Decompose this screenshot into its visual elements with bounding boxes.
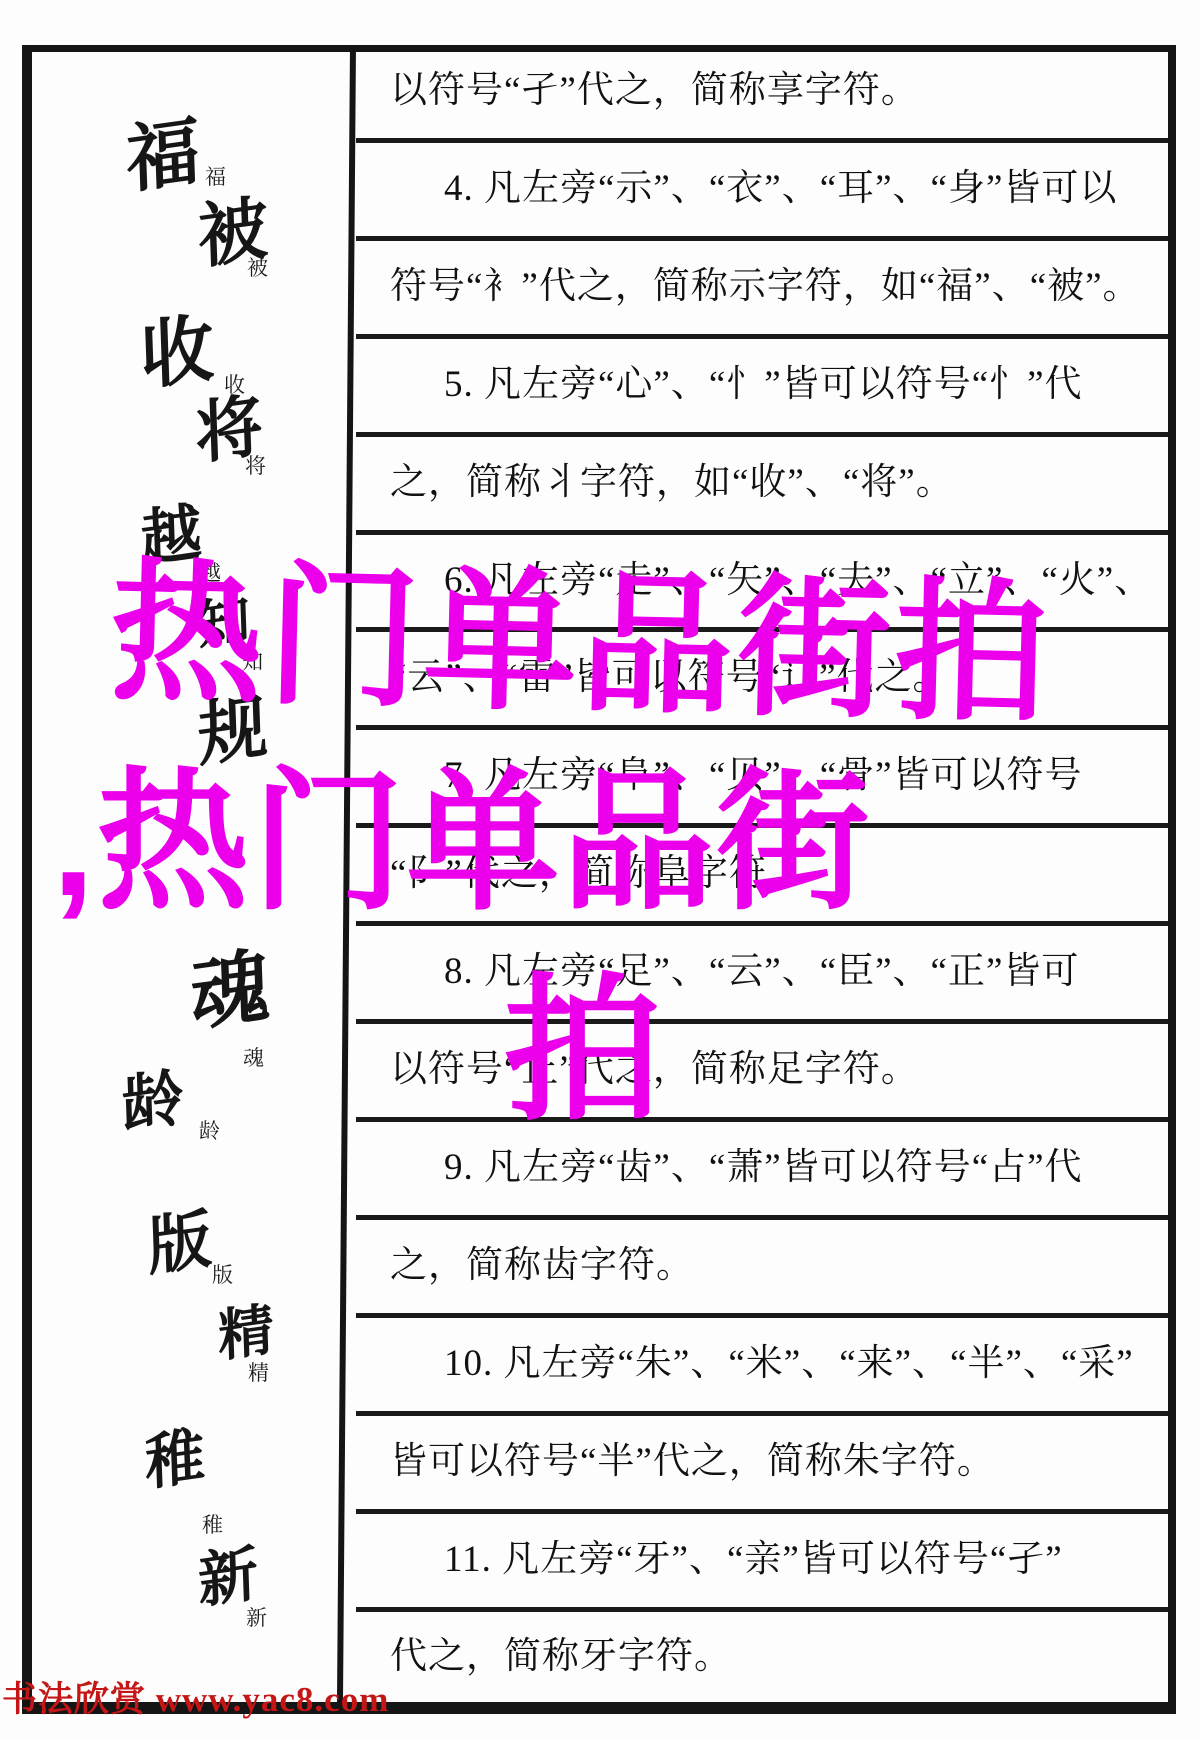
watermark-line-2: ,热门单品街 xyxy=(52,766,872,919)
watermark-line-3: 拍 xyxy=(504,972,662,1130)
watermark-line-1: 热门单品街拍 xyxy=(108,556,1053,732)
site-watermark: 书法欣赏 www.yac8.com xyxy=(2,1672,389,1722)
scanned-page: 福 福 被 被 收 收 将 将 越 越 知 知 规 魂 魂 龄 龄 版 版 精 … xyxy=(0,0,1200,1740)
